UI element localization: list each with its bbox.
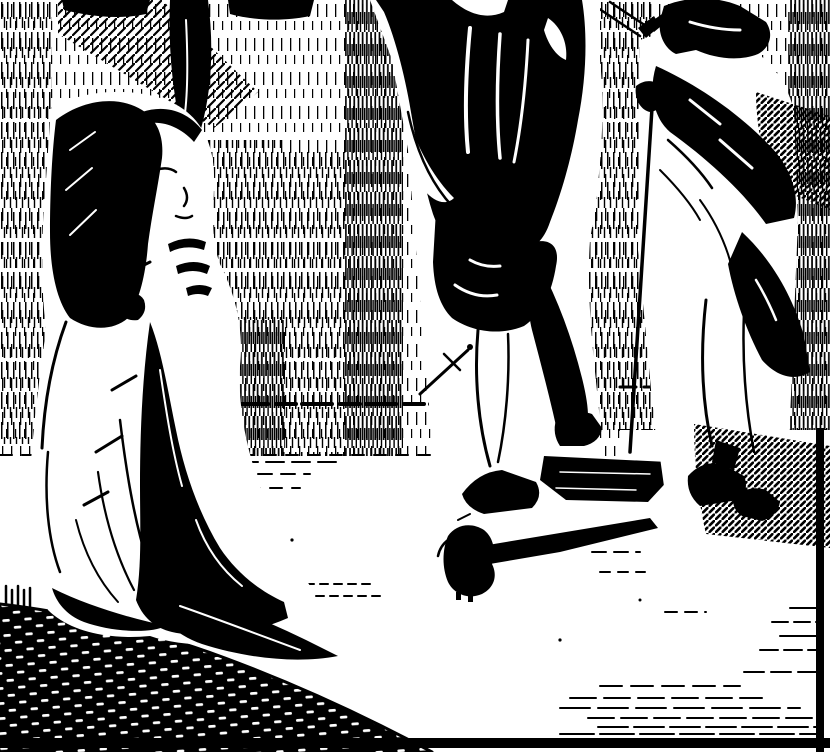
engraving-image: Black-and-white engraving of an interior… <box>0 0 830 752</box>
engraving-plate: Black-and-white engraving of an interior… <box>0 0 830 752</box>
woman-bodice-accent <box>120 294 145 321</box>
sword-pommel <box>467 344 473 350</box>
wall-hatch-band-3 <box>283 150 345 458</box>
bottom-border-rule <box>0 738 830 748</box>
foot-shadow <box>540 456 674 502</box>
right-border-rule <box>816 428 824 752</box>
